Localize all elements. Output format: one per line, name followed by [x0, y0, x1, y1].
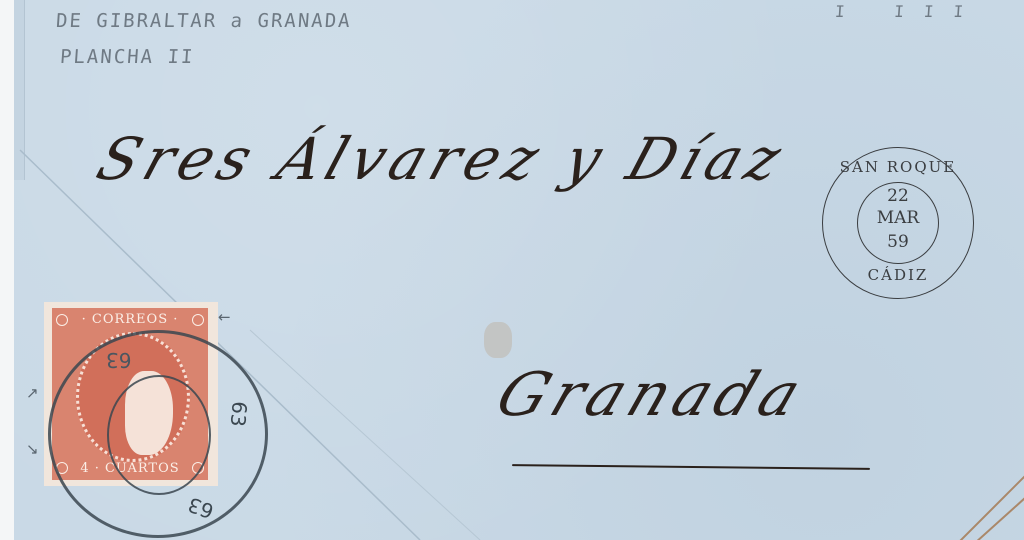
cancellation-inner-ring: [107, 375, 211, 495]
pencil-arrow-icon: ↘: [26, 440, 39, 458]
pencil-note-route: DE GIBRALTAR a GRANADA: [55, 10, 352, 32]
pencil-arrow-icon: ↗: [26, 384, 39, 402]
numeral-cancellation: [48, 330, 268, 538]
postmark-day: 22: [823, 186, 973, 206]
stamp-corner-ornament: [192, 314, 204, 326]
pencil-note-plate: PLANCHA II: [59, 46, 195, 68]
postmark-province: CÁDIZ: [823, 266, 973, 284]
postmark-year: 59: [823, 232, 973, 252]
cancellation-numeral: 63: [226, 400, 252, 427]
city-handwriting: Granada: [487, 360, 815, 430]
pencil-marks: I III: [834, 2, 984, 21]
ink-stain: [484, 322, 512, 358]
postmark-date-stamp: SAN ROQUE 22 MAR 59 CÁDIZ: [822, 147, 974, 299]
postmark-month: MAR: [823, 208, 973, 228]
stamp-top-text: · CORREOS ·: [52, 312, 208, 327]
cancellation-numeral: 63: [106, 348, 131, 372]
pencil-arrow-icon: ←: [218, 308, 231, 326]
stamp-corner-ornament: [56, 314, 68, 326]
addressee-handwriting: Sres Álvarez y Díaz: [89, 125, 795, 193]
postmark-town: SAN ROQUE: [823, 158, 973, 176]
